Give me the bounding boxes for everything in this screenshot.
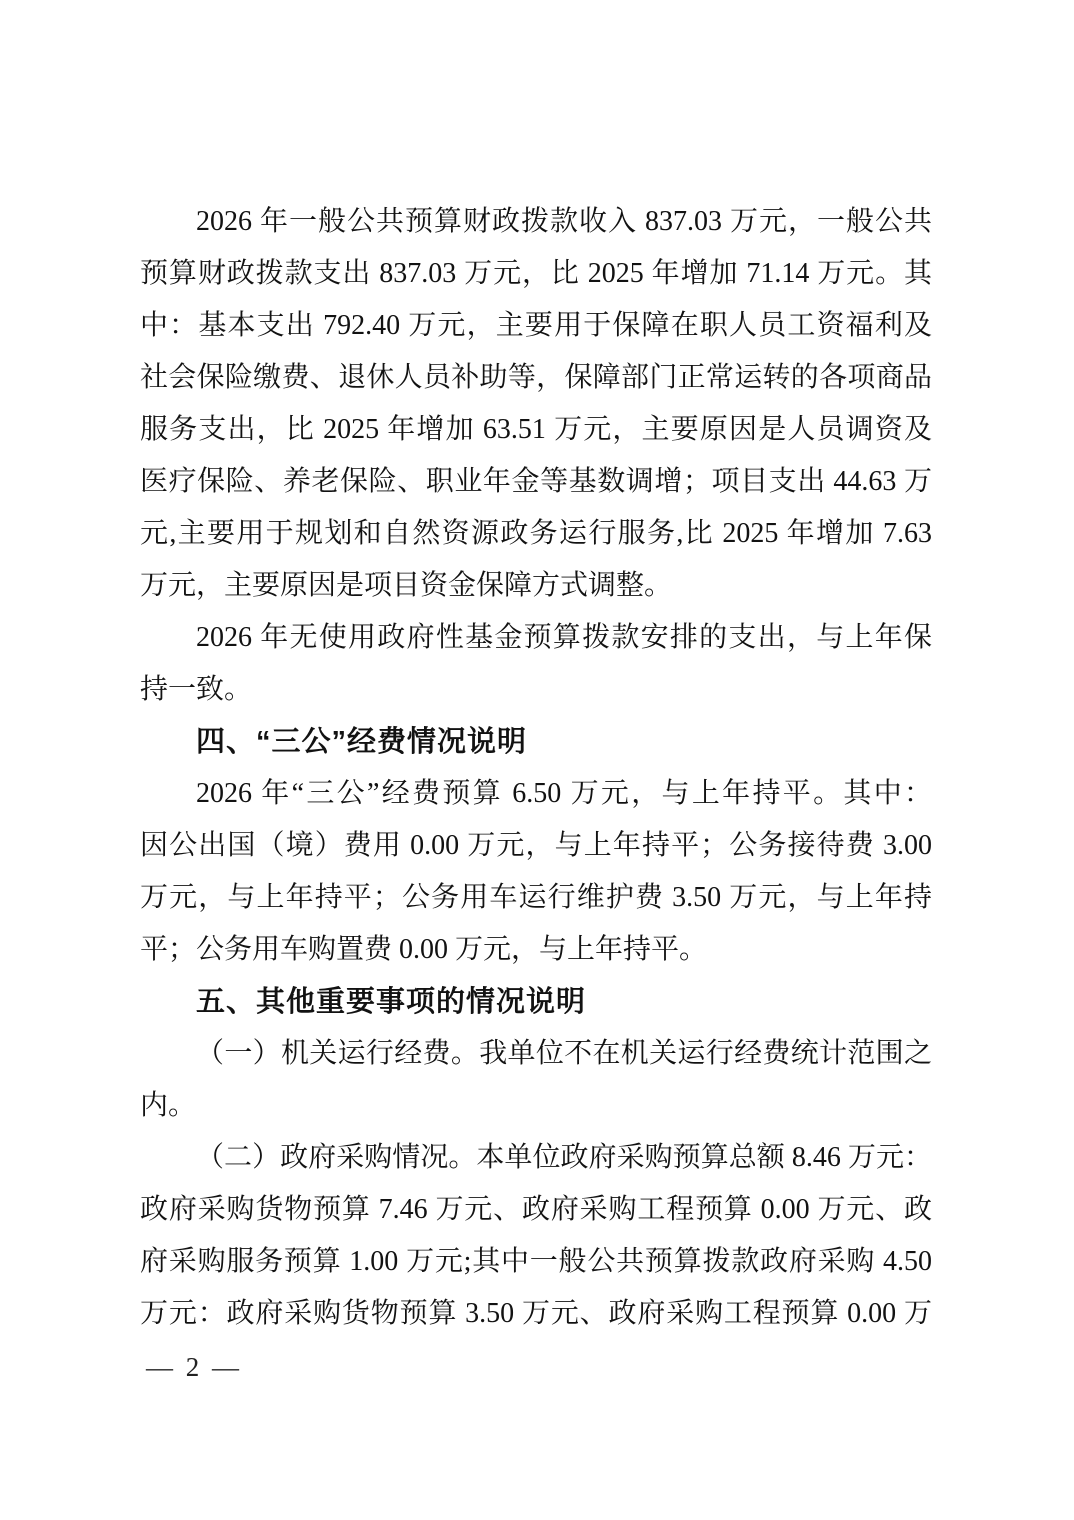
document-body: 2026 年一般公共预算财政拨款收入 837.03 万元，一般公共预算财政拨款支… (140, 196, 932, 1340)
text-line: 2026 年无使用政府性基金预算拨款安排的支出，与上年保 (140, 612, 932, 664)
text-line: 内。 (140, 1080, 932, 1132)
text-line: 社会保险缴费、退休人员补助等，保障部门正常运转的各项商品 (140, 352, 932, 404)
text-line: 中：基本支出 792.40 万元，主要用于保障在职人员工资福利及 (140, 300, 932, 352)
text-line: 政府采购货物预算 7.46 万元、政府采购工程预算 0.00 万元、政 (140, 1184, 932, 1236)
text-line: （一）机关运行经费。我单位不在机关运行经费统计范围之 (140, 1028, 932, 1080)
text-line: 平；公务用车购置费 0.00 万元，与上年持平。 (140, 924, 932, 976)
text-line: 服务支出，比 2025 年增加 63.51 万元，主要原因是人员调资及 (140, 404, 932, 456)
text-line: 医疗保险、养老保险、职业年金等基数调增；项目支出 44.63 万 (140, 456, 932, 508)
text-line: 预算财政拨款支出 837.03 万元，比 2025 年增加 71.14 万元。其 (140, 248, 932, 300)
text-line: 万元，主要原因是项目资金保障方式调整。 (140, 560, 932, 612)
text-line: 元,主要用于规划和自然资源政务运行服务,比 2025 年增加 7.63 (140, 508, 932, 560)
text-line: （二）政府采购情况。本单位政府采购预算总额 8.46 万元： (140, 1132, 932, 1184)
text-line: 万元，与上年持平；公务用车运行维护费 3.50 万元，与上年持 (140, 872, 932, 924)
section-heading: 四、“三公”经费情况说明 (140, 716, 932, 768)
section-heading: 五、其他重要事项的情况说明 (140, 976, 932, 1028)
text-line: 因公出国（境）费用 0.00 万元，与上年持平；公务接待费 3.00 (140, 820, 932, 872)
text-line: 持一致。 (140, 664, 932, 716)
text-line: 万元：政府采购货物预算 3.50 万元、政府采购工程预算 0.00 万 (140, 1288, 932, 1340)
text-line: 2026 年一般公共预算财政拨款收入 837.03 万元，一般公共 (140, 196, 932, 248)
text-line: 2026 年“三公”经费预算 6.50 万元，与上年持平。其中： (140, 768, 932, 820)
text-line: 府采购服务预算 1.00 万元;其中一般公共预算拨款政府采购 4.50 (140, 1236, 932, 1288)
page-number: — 2 — (146, 1352, 242, 1383)
